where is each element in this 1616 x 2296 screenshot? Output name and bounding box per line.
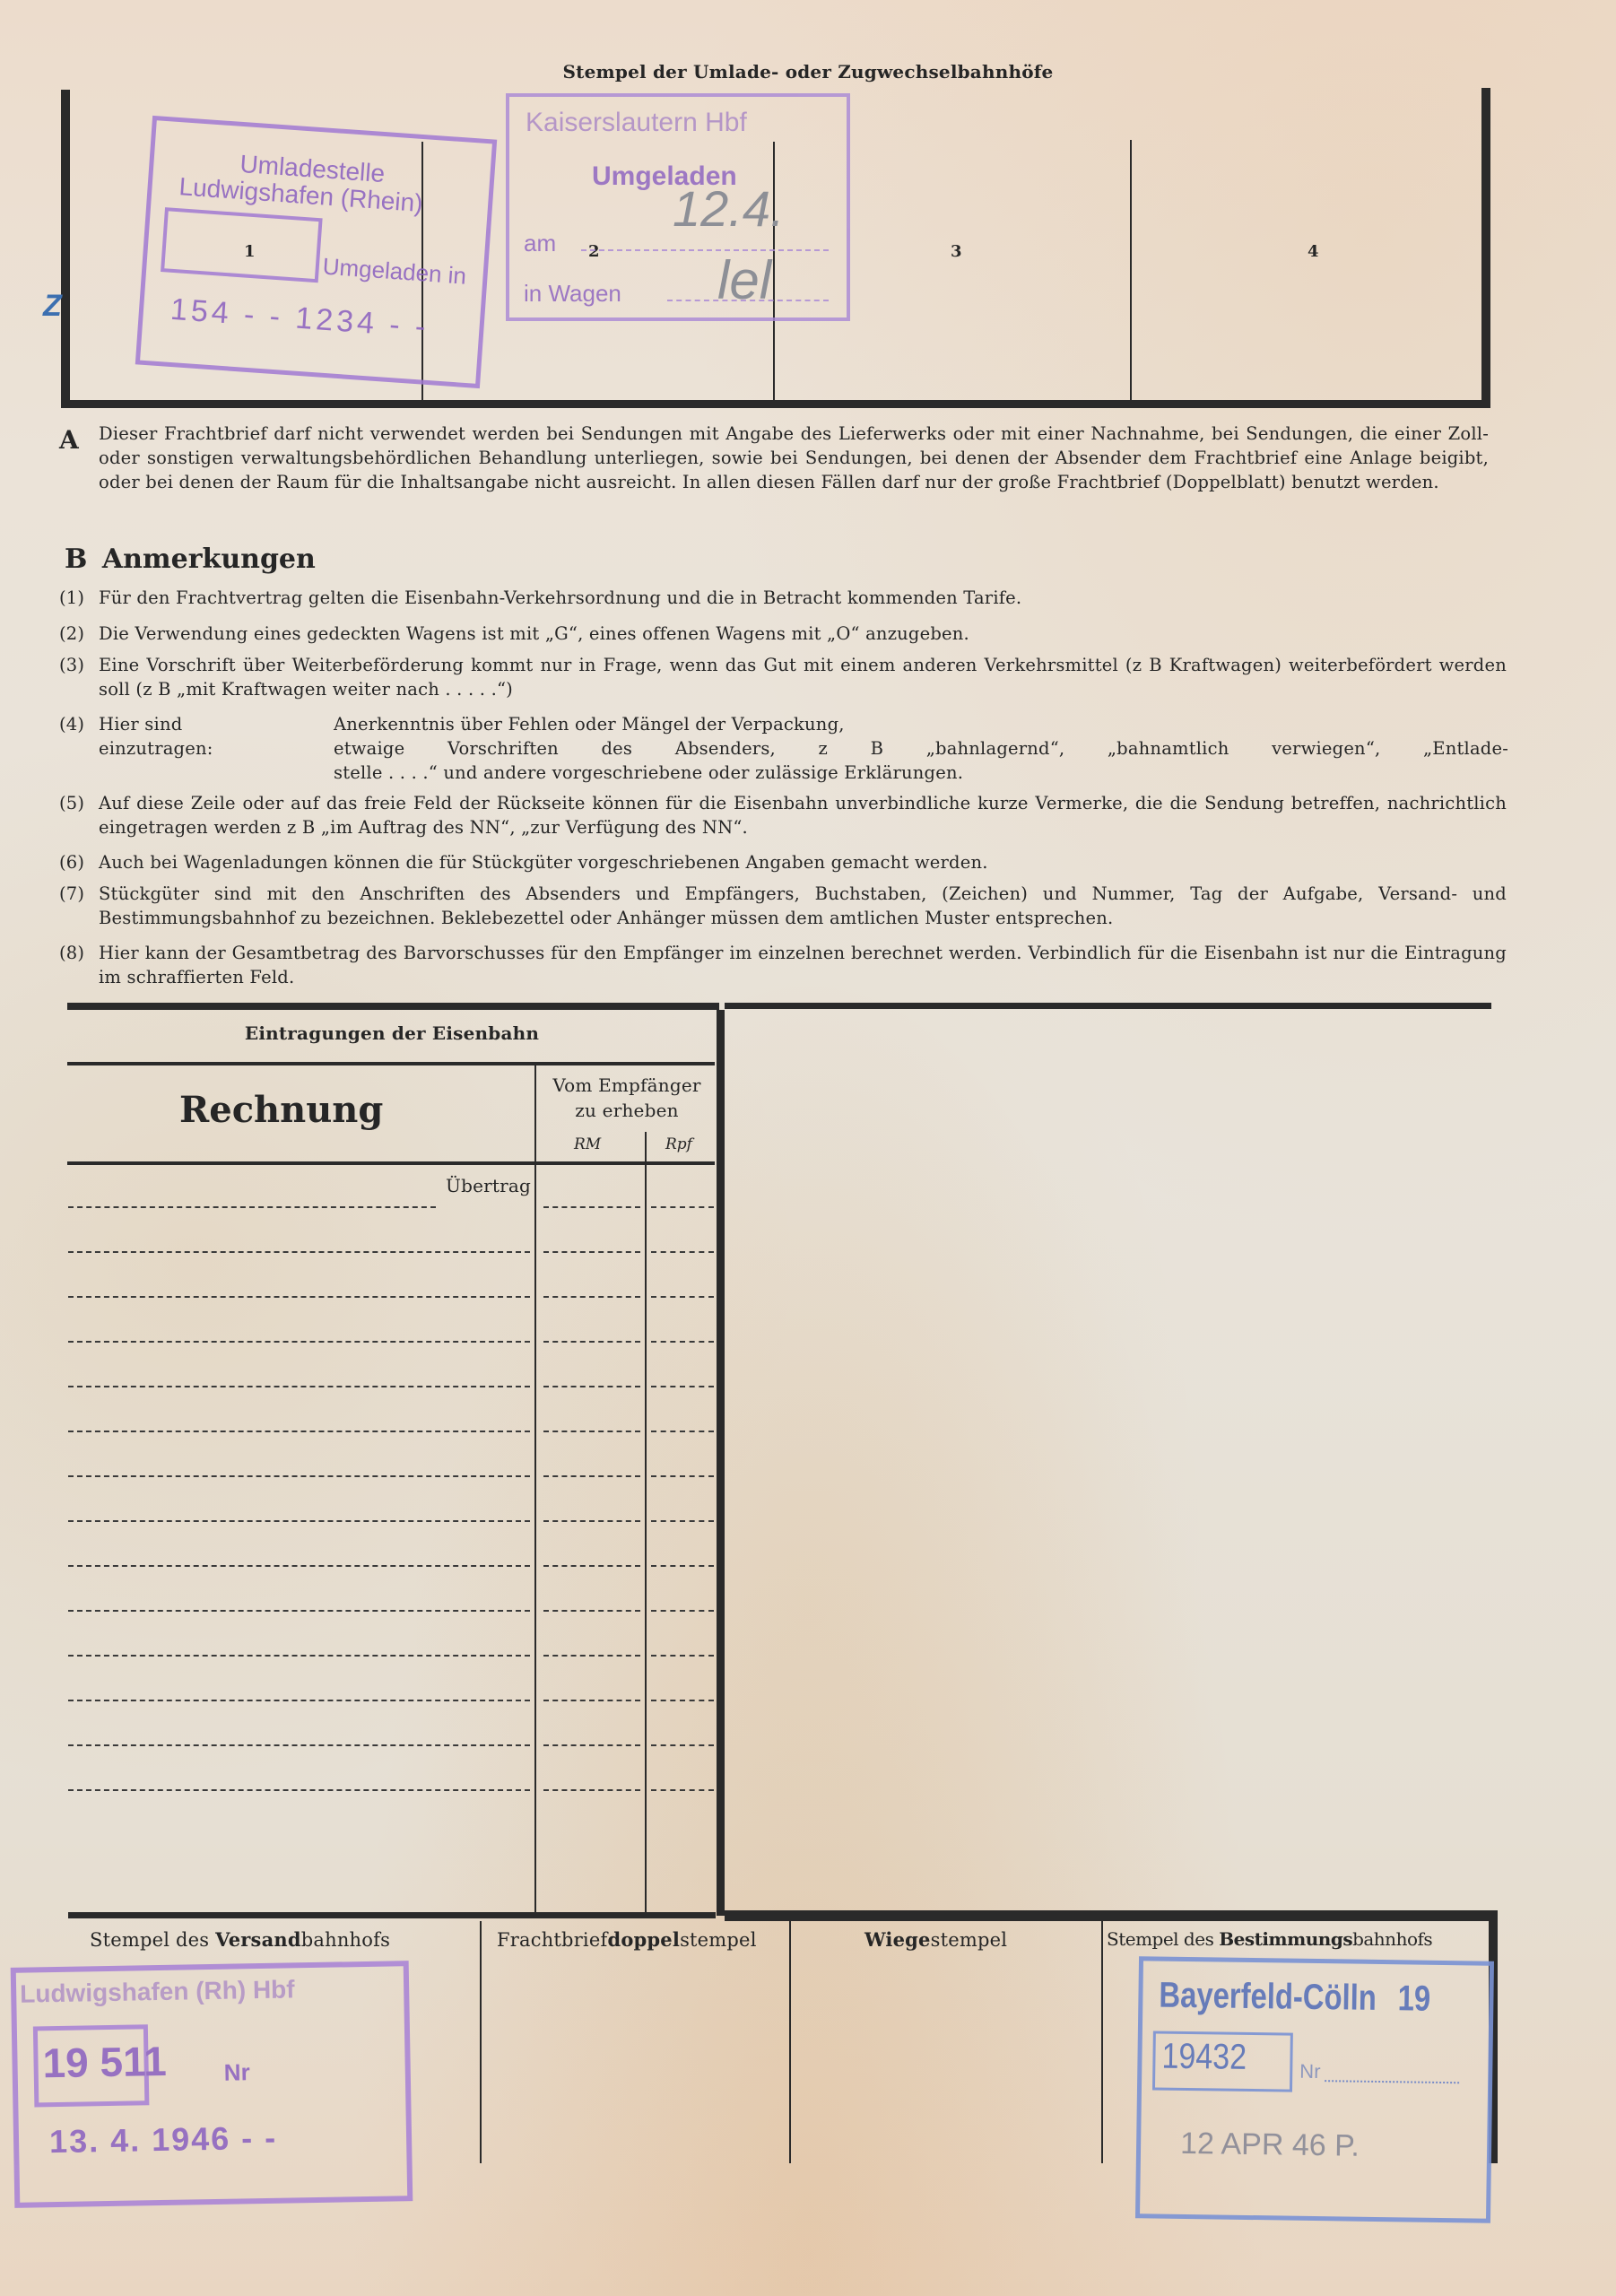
note-number: (7) bbox=[59, 882, 84, 906]
note-lead: Hier sind einzutragen: bbox=[99, 712, 213, 761]
rpf-cell-line bbox=[651, 1744, 714, 1746]
stamp-inner-box bbox=[161, 207, 323, 283]
rm-cell-line bbox=[543, 1475, 640, 1477]
note-number: (4) bbox=[59, 712, 84, 736]
stamp-number: 154 - - 1234 - - bbox=[169, 292, 430, 345]
section-b-heading: B Anmerkungen bbox=[65, 544, 316, 575]
rm-cell-line bbox=[543, 1520, 640, 1522]
description-cell-line bbox=[68, 1296, 530, 1298]
description-cell-line bbox=[68, 1655, 530, 1657]
collect-header-line-2: zu erheben bbox=[538, 1098, 716, 1123]
description-cell-line bbox=[68, 1520, 530, 1522]
note-text: Für den Frachtvertrag gelten die Eisenba… bbox=[99, 586, 1507, 610]
note-number: (1) bbox=[59, 586, 84, 610]
stamp-date: 12 APR 46 P. bbox=[1180, 2126, 1360, 2164]
bottom-divider-2 bbox=[789, 1921, 791, 2163]
rpf-cell-line bbox=[651, 1341, 714, 1343]
rm-cell-line bbox=[543, 1296, 640, 1298]
rpf-cell-line bbox=[651, 1386, 714, 1387]
rm-rpf-divider bbox=[645, 1165, 647, 1914]
rpf-cell-line bbox=[651, 1475, 714, 1477]
rm-cell-line bbox=[543, 1744, 640, 1746]
note-text: Auch bei Wagenladungen können die für St… bbox=[99, 850, 1507, 874]
rm-cell-line bbox=[543, 1565, 640, 1567]
description-cell-line bbox=[68, 1475, 530, 1477]
frame-right-border bbox=[1481, 88, 1490, 408]
label-versand-stamp: Stempel des Versandbahnhofs bbox=[90, 1928, 390, 1951]
rm-cell-line bbox=[543, 1655, 640, 1657]
title-underline bbox=[67, 1062, 715, 1065]
label-bold: doppel bbox=[607, 1928, 680, 1951]
label-text: stempel bbox=[680, 1929, 757, 1951]
rpf-cell-line bbox=[651, 1296, 714, 1298]
frame-bottom-border bbox=[61, 400, 1490, 408]
rpf-cell-line bbox=[651, 1700, 714, 1701]
right-area-top-line bbox=[725, 1003, 1491, 1009]
rm-cell-line bbox=[543, 1431, 640, 1432]
label-text: Frachtbrief bbox=[497, 1929, 607, 1951]
bottom-divider-3 bbox=[1101, 1921, 1103, 2163]
rm-cell-line bbox=[543, 1386, 640, 1387]
amount-column-divider bbox=[534, 1065, 536, 1913]
stamp-nr-label: Nr bbox=[1299, 2060, 1321, 2083]
note-number: (8) bbox=[59, 941, 84, 965]
rpf-cell-line bbox=[651, 1655, 714, 1657]
note-line-3: stelle . . . .“ und andere vorgeschriebe… bbox=[334, 761, 963, 785]
rpf-cell-line bbox=[651, 1565, 714, 1567]
table-right-border bbox=[717, 1010, 725, 1916]
note-text: Die Verwendung eines gedeckten Wagens is… bbox=[99, 622, 1507, 646]
description-cell-line bbox=[68, 1341, 530, 1343]
stamp-umladestelle-ludwigshafen: Umladestelle Ludwigshafen (Rhein) Umgela… bbox=[135, 116, 497, 388]
divider-3-4 bbox=[1130, 140, 1132, 400]
label-weighing-stamp: Wiegestempel bbox=[864, 1928, 1007, 1951]
bottom-divider-1 bbox=[480, 1921, 482, 2163]
note-text: Eine Vorschrift über Weiterbeförderung k… bbox=[99, 653, 1507, 701]
header-bottom-line bbox=[67, 1161, 715, 1165]
section-b-title: Anmerkungen bbox=[102, 544, 316, 575]
top-section-title: Stempel der Umlade- oder Zugwechselbahnh… bbox=[0, 61, 1616, 83]
table-top-border bbox=[67, 1003, 719, 1010]
note-number: (6) bbox=[59, 850, 84, 874]
stamp-number: 19432 bbox=[1161, 2037, 1247, 2078]
label-text: stempel bbox=[931, 1929, 1008, 1951]
margin-pen-mark: Z bbox=[43, 289, 62, 324]
note-line-1: Anerkenntnis über Fehlen oder Mängel der… bbox=[334, 712, 845, 736]
stamp-line-1: Kaiserslautern Hbf bbox=[526, 108, 747, 138]
label-text: bahnhofs bbox=[1352, 1928, 1432, 1950]
col-rpf-header: Rpf bbox=[665, 1135, 692, 1153]
label-duplicate-stamp: Frachtbriefdoppelstempel bbox=[497, 1928, 757, 1951]
description-cell-line bbox=[68, 1431, 530, 1432]
label-bold: Bestimmungs bbox=[1219, 1928, 1352, 1950]
rm-rpf-header-divider bbox=[645, 1132, 647, 1162]
stamp-bestimmung-bayerfeld: Bayerfeld-Cölln 19 19432 Nr 12 APR 46 P. bbox=[1135, 1956, 1494, 2223]
description-cell-line bbox=[68, 1744, 530, 1746]
description-cell-line bbox=[68, 1565, 530, 1567]
rpf-cell-line bbox=[651, 1520, 714, 1522]
stamp-am-line bbox=[581, 249, 829, 251]
section-a-letter: A bbox=[59, 425, 79, 455]
stamp-nr-label: Nr bbox=[224, 2058, 250, 2086]
section-b-letter: B bbox=[65, 544, 87, 575]
rm-cell-line bbox=[543, 1206, 640, 1208]
stamp-line-1: Ludwigshafen (Rh) Hbf bbox=[20, 1975, 295, 2008]
collect-header: Vom Empfänger zu erheben bbox=[538, 1073, 716, 1123]
handwritten-wagon: lel bbox=[717, 249, 771, 311]
stamp-am-label: am bbox=[524, 230, 556, 257]
rpf-cell-line bbox=[651, 1206, 714, 1208]
description-cell-line bbox=[68, 1700, 530, 1701]
rpf-cell-line bbox=[651, 1789, 714, 1791]
rm-cell-line bbox=[543, 1341, 640, 1343]
cell-number-4: 4 bbox=[1308, 242, 1319, 261]
frame-left-border bbox=[61, 90, 70, 408]
col-rm-header: RM bbox=[574, 1135, 601, 1153]
label-destination-stamp: Stempel des Bestimmungsbahnhofs bbox=[1107, 1928, 1432, 1950]
collect-header-line-1: Vom Empfänger bbox=[538, 1073, 716, 1098]
stamp-date: 13. 4. 1946 - - bbox=[49, 2119, 278, 2161]
description-cell-line bbox=[68, 1789, 530, 1791]
carry-over-label: Übertrag bbox=[421, 1175, 531, 1196]
note-text: Stückgüter sind mit den Anschriften des … bbox=[99, 882, 1507, 930]
note-number: (3) bbox=[59, 653, 84, 677]
description-cell-line bbox=[68, 1206, 436, 1208]
handwritten-date: 12.4. bbox=[673, 179, 785, 238]
section-a-text: Dieser Frachtbrief darf nicht verwendet … bbox=[99, 422, 1489, 494]
stamp-station-name: Bayerfeld-Cölln bbox=[1159, 1976, 1377, 2018]
description-cell-line bbox=[68, 1386, 530, 1387]
label-text: bahnhofs bbox=[301, 1929, 390, 1951]
note-text: Hier kann der Gesamtbetrag des Barvorsch… bbox=[99, 941, 1507, 989]
rm-cell-line bbox=[543, 1700, 640, 1701]
rm-cell-line bbox=[543, 1610, 640, 1612]
rpf-cell-line bbox=[651, 1251, 714, 1253]
stamp-wagen-label: in Wagen bbox=[524, 280, 621, 308]
label-text: Stempel des bbox=[90, 1929, 215, 1951]
description-cell-line bbox=[68, 1251, 530, 1253]
stamp-nr-line bbox=[1325, 2080, 1459, 2083]
rm-cell-line bbox=[543, 1789, 640, 1791]
rpf-cell-line bbox=[651, 1431, 714, 1432]
bottom-frame-top-line bbox=[725, 1910, 1498, 1921]
stamp-number: 19 511 bbox=[42, 2037, 167, 2087]
label-text: Stempel des bbox=[1107, 1928, 1219, 1950]
stamp-station-code: 19 bbox=[1397, 1979, 1430, 2019]
railway-entries-title: Eintragungen der Eisenbahn bbox=[67, 1022, 717, 1044]
rpf-cell-line bbox=[651, 1610, 714, 1612]
description-cell-line bbox=[68, 1610, 530, 1612]
note-text: Auf diese Zeile oder auf das freie Feld … bbox=[99, 791, 1507, 839]
note-line-2: etwaige Vorschriften des Absenders, z B … bbox=[334, 736, 1508, 761]
rechnung-label: Rechnung bbox=[179, 1089, 383, 1131]
note-number: (5) bbox=[59, 791, 84, 815]
cell-number-3: 3 bbox=[951, 242, 962, 261]
label-bold: Versand bbox=[215, 1928, 301, 1951]
note-number: (2) bbox=[59, 622, 84, 646]
stamp-versand-ludwigshafen: Ludwigshafen (Rh) Hbf 19 511 Nr 13. 4. 1… bbox=[11, 1961, 413, 2208]
label-bold: Wiege bbox=[864, 1928, 931, 1951]
table-bottom-border bbox=[68, 1912, 716, 1918]
rm-cell-line bbox=[543, 1251, 640, 1253]
stamp-line-1: Bayerfeld-Cölln 19 bbox=[1159, 1976, 1430, 2020]
stamp-label: Umgeladen in bbox=[322, 253, 467, 291]
